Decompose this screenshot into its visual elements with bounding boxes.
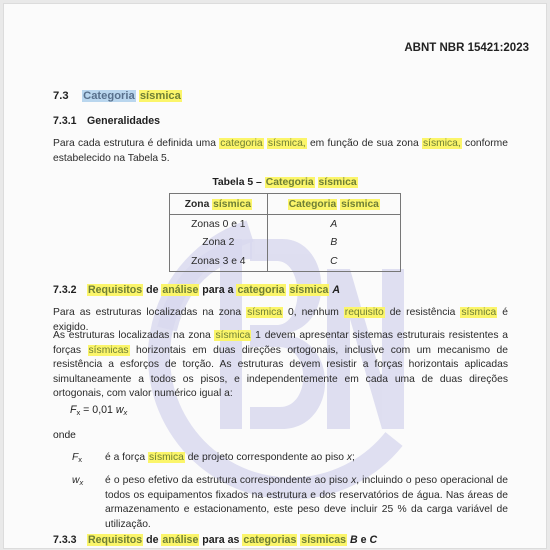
section-title: Generalidades <box>87 115 160 127</box>
section-number: 7.3 <box>53 90 79 102</box>
selected-text[interactable]: Categoria <box>82 90 136 102</box>
highlighted-term[interactable]: análise <box>161 534 199 546</box>
highlighted-term[interactable]: sísmica <box>212 199 252 210</box>
section-heading-7-3: 7.3 Categoria sísmica <box>53 90 182 102</box>
table-row: Zonas 3 e 4 C <box>170 252 401 271</box>
section-number: 7.3.2 <box>53 284 87 296</box>
section-number: 7.3.3 <box>53 534 87 546</box>
highlighted-term[interactable]: sísmica <box>246 307 283 318</box>
standard-identifier: ABNT NBR 15421:2023 <box>404 42 529 54</box>
highlighted-term[interactable]: Categoria <box>265 177 315 188</box>
table-row: Zona 2 B <box>170 234 401 253</box>
table-header-row: Zona sísmica Categoria sísmica <box>170 194 401 215</box>
section-heading-7-3-1: 7.3.1Generalidades <box>53 115 160 127</box>
highlighted-term[interactable]: sísmica <box>460 307 497 318</box>
definition-symbol: Fx <box>72 451 82 468</box>
definition-text: é a força sísmica de projeto corresponde… <box>105 451 508 466</box>
highlighted-term[interactable]: sísmica <box>139 90 182 102</box>
formula-fx: Fx = 0,01 wx <box>70 404 127 417</box>
highlighted-term[interactable]: sísmica <box>340 199 380 210</box>
highlighted-term[interactable]: sísmica <box>214 330 251 341</box>
cell-categoria: A <box>267 215 400 234</box>
highlighted-term[interactable]: categoria <box>219 138 263 149</box>
section-number: 7.3.1 <box>53 115 87 127</box>
paragraph-generalidades: Para cada estrutura é definida uma categ… <box>53 137 508 166</box>
cell-categoria: B <box>267 234 400 253</box>
paragraph-zone-1: As estruturas localizadas na zona sísmic… <box>53 329 508 402</box>
onde-label: onde <box>53 430 76 441</box>
highlighted-term[interactable]: sísmica <box>289 284 330 296</box>
cell-categoria: C <box>267 252 400 271</box>
highlighted-term[interactable]: sísmicas <box>300 534 347 546</box>
definition-symbol: wx <box>72 474 83 491</box>
column-header-zona: Zona sísmica <box>170 194 268 215</box>
cell-zona: Zona 2 <box>170 234 268 253</box>
definition-text: é o peso efetivo da estrutura correspond… <box>105 474 508 532</box>
highlighted-term[interactable]: sísmica, <box>422 138 462 149</box>
highlighted-term[interactable]: análise <box>161 284 199 296</box>
highlighted-term[interactable]: sísmica <box>148 452 185 463</box>
highlighted-term[interactable]: Categoria <box>288 199 338 210</box>
cell-zona: Zonas 0 e 1 <box>170 215 268 234</box>
section-heading-7-3-3: 7.3.3Requisitos de análise para as categ… <box>53 534 377 546</box>
highlighted-term[interactable]: categoria <box>236 284 285 296</box>
highlighted-term[interactable]: sísmica <box>318 177 358 188</box>
column-header-categoria: Categoria sísmica <box>267 194 400 215</box>
highlighted-term[interactable]: Requisitos <box>87 284 143 296</box>
highlighted-term[interactable]: requisito <box>344 307 385 318</box>
cell-zona: Zonas 3 e 4 <box>170 252 268 271</box>
highlighted-term[interactable]: Requisitos <box>87 534 143 546</box>
highlighted-term[interactable]: sísmicas <box>88 345 130 356</box>
highlighted-term[interactable]: categorias <box>242 534 297 546</box>
document-page: ABNT NBR 15421:2023 7.3 Categoria sísmic… <box>3 3 547 549</box>
table-caption: Tabela 5 – Categoria sísmica <box>169 177 401 188</box>
section-heading-7-3-2: 7.3.2Requisitos de análise para a catego… <box>53 284 340 296</box>
table-row: Zonas 0 e 1 A <box>170 215 401 234</box>
table-5-seismic-category: Zona sísmica Categoria sísmica Zonas 0 e… <box>169 193 401 272</box>
highlighted-term[interactable]: sísmica, <box>267 138 307 149</box>
